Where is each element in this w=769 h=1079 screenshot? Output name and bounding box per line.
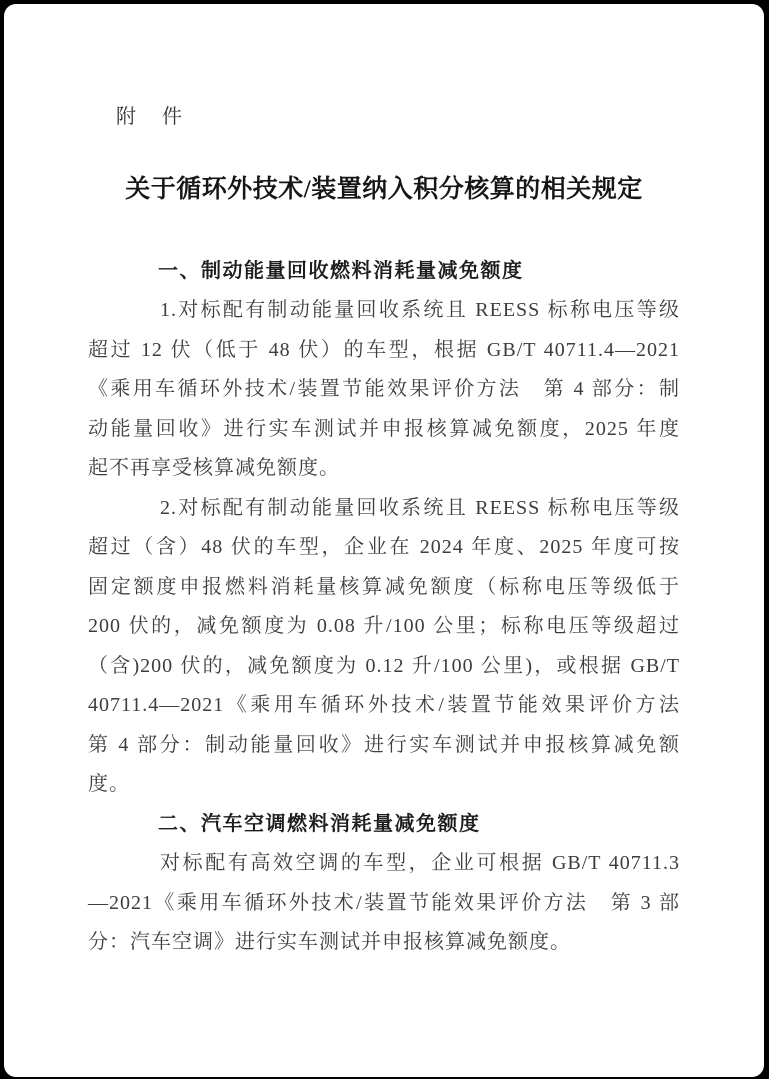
text-line: 对标配有高效空调的车型，企业可根据 GB/T 40711.3 — [88, 844, 680, 884]
text-line: 固定额度申报燃料消耗量核算减免额度（标称电压等级低于 — [88, 568, 680, 608]
text-line: 第 4 部分：制动能量回收》进行实车测试并申报核算减免额 — [88, 726, 680, 766]
text-line: 超过（含）48 伏的车型，企业在 2024 年度、2025 年度可按 — [88, 528, 680, 568]
attachment-label: 附 件 — [116, 98, 680, 138]
text-line: 1.对标配有制动能量回收系统且 REESS 标称电压等级 — [88, 291, 680, 331]
text-line: 起不再享受核算减免额度。 — [88, 449, 680, 489]
text-line: （含)200 伏的，减免额度为 0.12 升/100 公里)，或根据 GB/T — [88, 647, 680, 687]
text-line: 度。 — [88, 765, 680, 805]
paragraph: 1.对标配有制动能量回收系统且 REESS 标称电压等级超过 12 伏（低于 4… — [88, 291, 680, 489]
document-body: 一、制动能量回收燃料消耗量减免额度1.对标配有制动能量回收系统且 REESS 标… — [88, 252, 680, 963]
text-line: 200 伏的，减免额度为 0.08 升/100 公里；标称电压等级超过 — [88, 607, 680, 647]
text-line: 动能量回收》进行实车测试并申报核算减免额度，2025 年度 — [88, 410, 680, 450]
text-line: 40711.4—2021《乘用车循环外技术/装置节能效果评价方法 — [88, 686, 680, 726]
paragraph: 2.对标配有制动能量回收系统且 REESS 标称电压等级超过（含）48 伏的车型… — [88, 489, 680, 805]
document-page: 附 件 关于循环外技术/装置纳入积分核算的相关规定 一、制动能量回收燃料消耗量减… — [4, 4, 764, 1077]
text-line: 《乘用车循环外技术/装置节能效果评价方法 第 4 部分：制 — [88, 370, 680, 410]
text-line: —2021《乘用车循环外技术/装置节能效果评价方法 第 3 部 — [88, 884, 680, 924]
paragraph: 对标配有高效空调的车型，企业可根据 GB/T 40711.3—2021《乘用车循… — [88, 844, 680, 963]
text-line: 分：汽车空调》进行实车测试并申报核算减免额度。 — [88, 923, 680, 963]
section-heading: 二、汽车空调燃料消耗量减免额度 — [88, 805, 680, 845]
document-title: 关于循环外技术/装置纳入积分核算的相关规定 — [88, 164, 680, 216]
text-line: 2.对标配有制动能量回收系统且 REESS 标称电压等级 — [88, 489, 680, 529]
text-line: 超过 12 伏（低于 48 伏）的车型，根据 GB/T 40711.4—2021 — [88, 331, 680, 371]
section-heading: 一、制动能量回收燃料消耗量减免额度 — [88, 252, 680, 292]
page-background: 附 件 关于循环外技术/装置纳入积分核算的相关规定 一、制动能量回收燃料消耗量减… — [0, 0, 769, 1079]
